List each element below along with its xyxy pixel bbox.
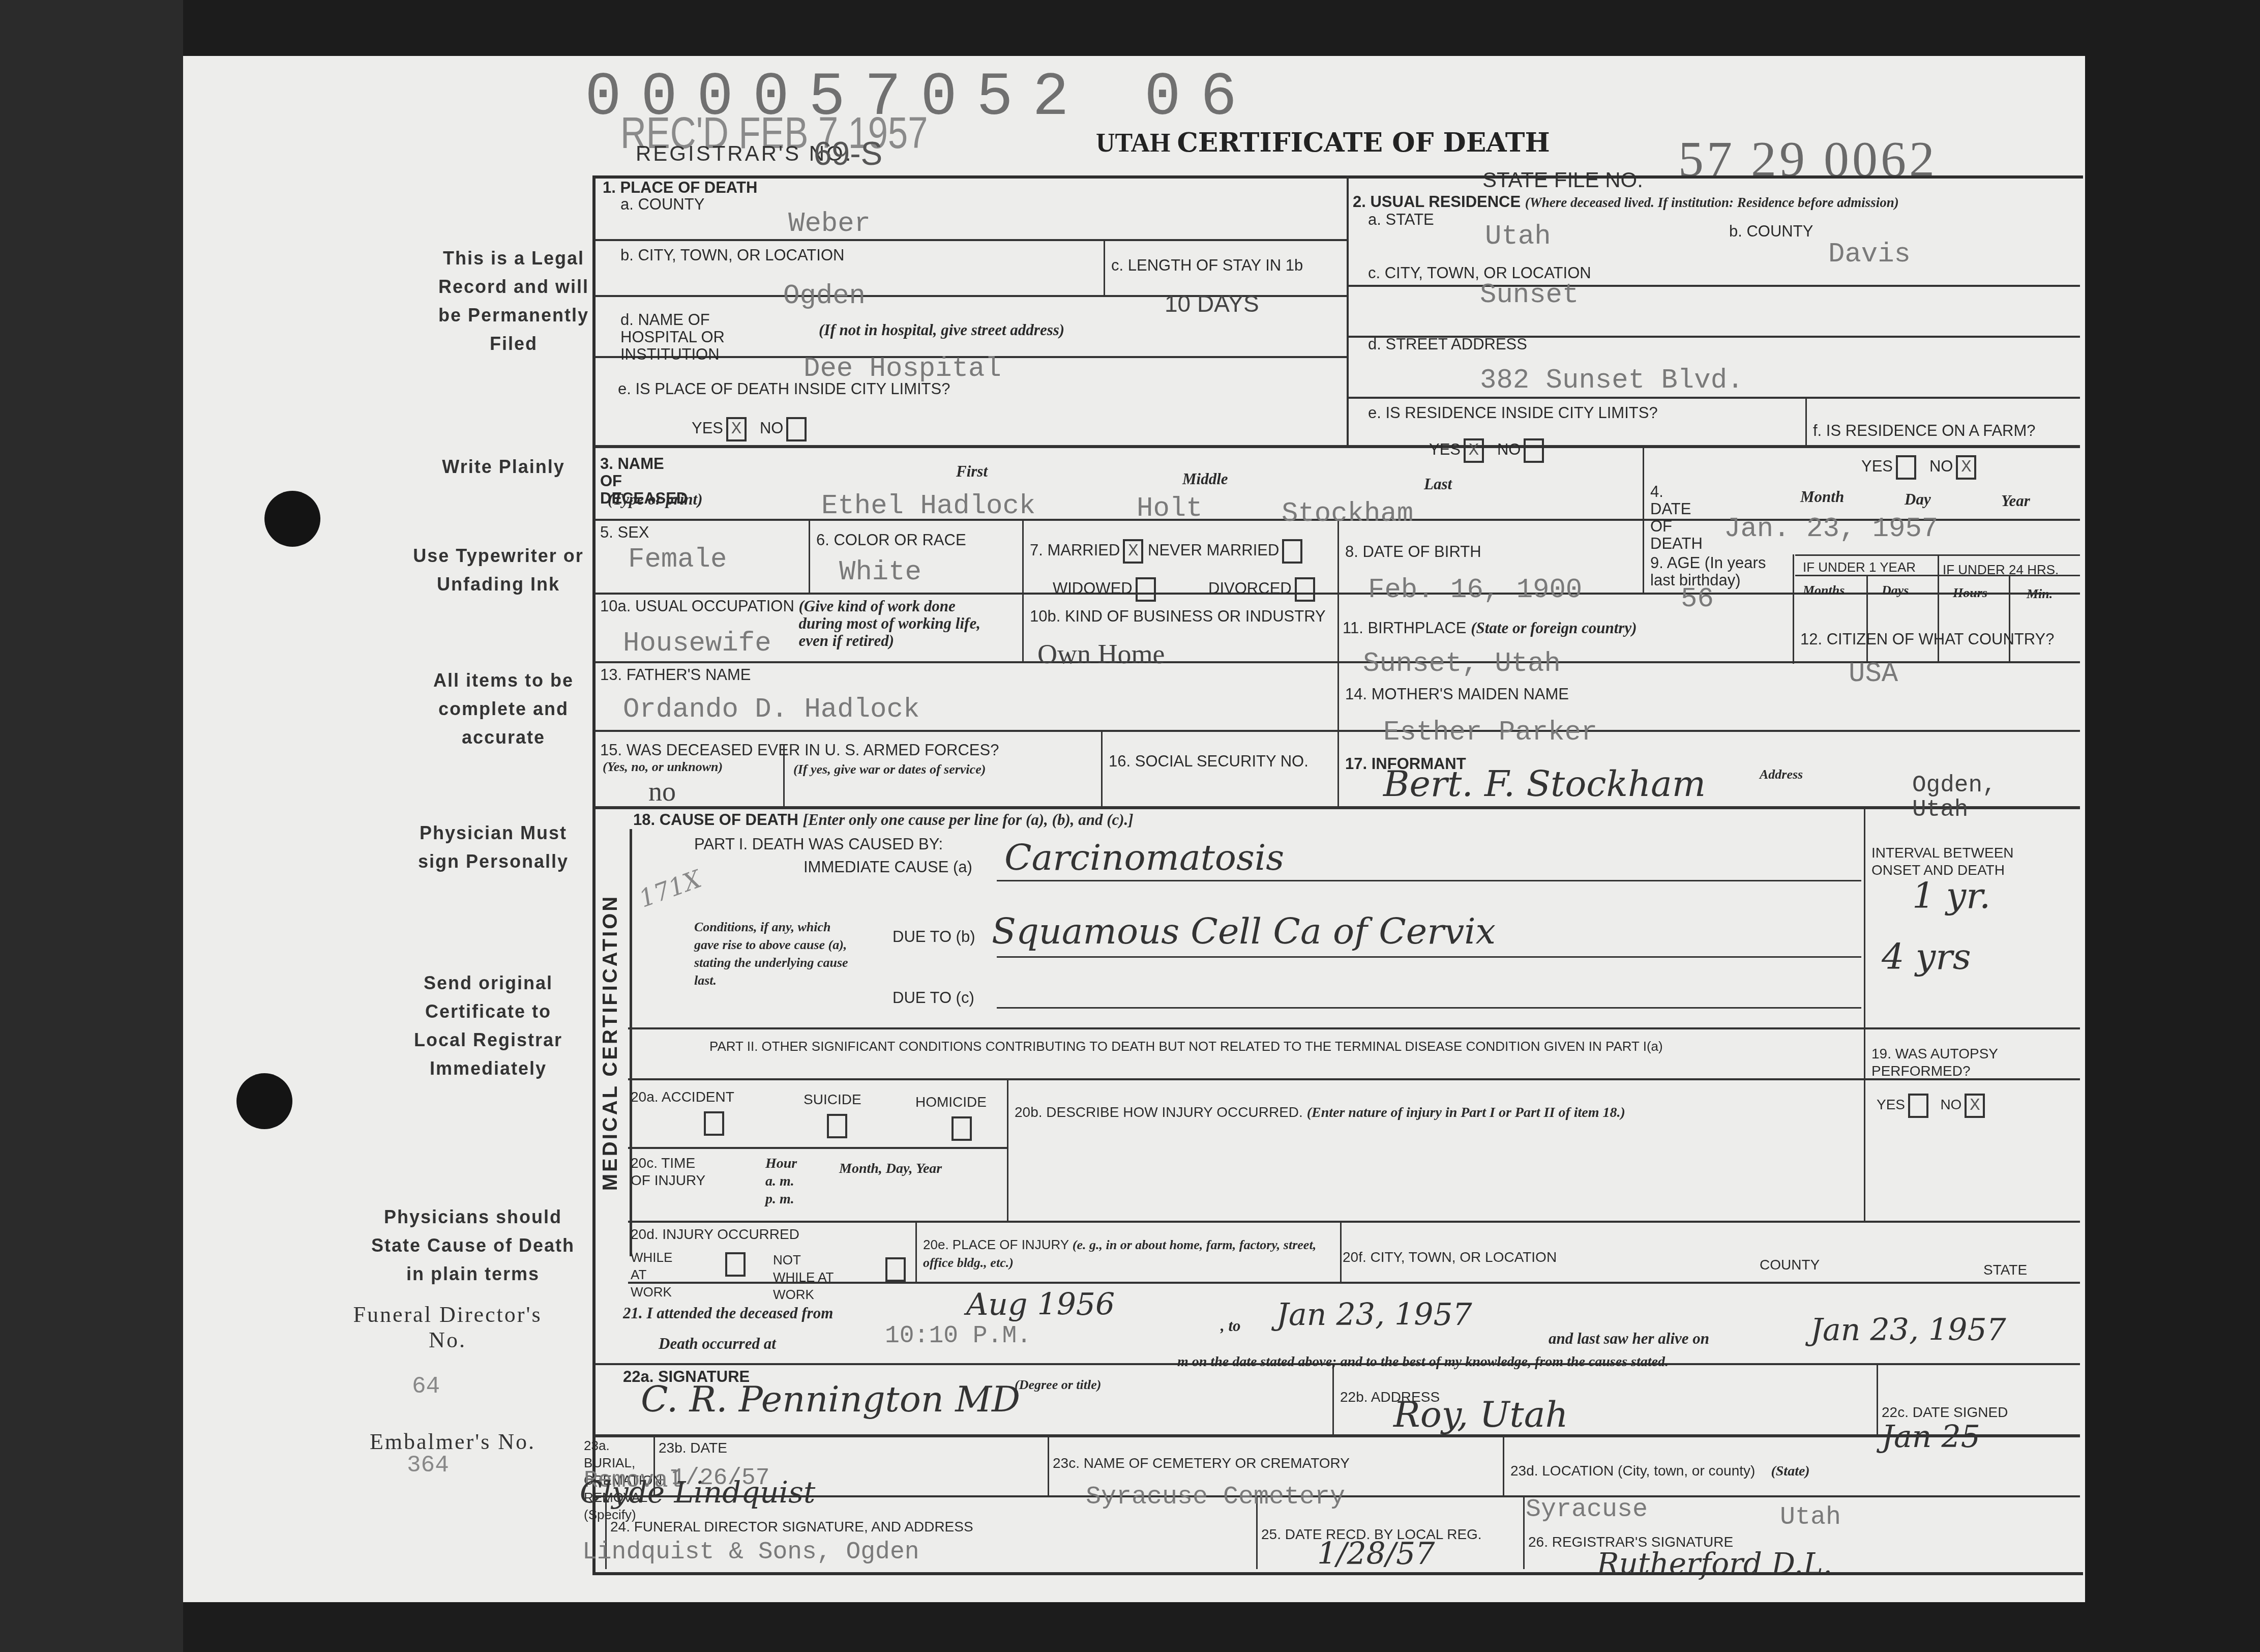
marital-married: 7. MARRIEDX NEVER MARRIED [1030,539,1302,564]
date-recd-field[interactable]: 1/28/57 [1317,1536,1435,1572]
injury-occurred-label: 20d. INJURY OCCURRED [631,1226,799,1243]
while-work-checkbox[interactable] [725,1252,746,1277]
dod-label: 4. DATE OF DEATH [1650,483,1706,552]
age-field[interactable]: 56 [1681,584,1714,615]
rule [1347,175,1349,445]
immediate-cause-label: IMMEDIATE CAUSE (a) [804,859,972,876]
rule [997,880,1861,881]
age-label: 9. AGE (In years last birthday) [1650,554,1793,589]
rule [1643,445,1644,519]
sidebar-note: Use Typewriter or Unfading Ink [402,542,595,599]
rule [2009,575,2010,661]
cause-label: 18. CAUSE OF DEATH [Enter only one cause… [633,811,1134,829]
burial-date-label: 23b. DATE [659,1439,727,1457]
rule [1332,1363,1334,1434]
immediate-cause-field[interactable]: Carcinomatosis [1004,837,1284,878]
interval-b-field[interactable]: 4 yrs [1882,936,1971,978]
rule [1864,809,1865,1221]
not-while-work-checkbox[interactable] [885,1257,906,1282]
to-label: , to [1221,1317,1241,1335]
no-label: NO [1940,1097,1961,1112]
punch-hole [236,1073,292,1129]
date-signed-label: 22c. DATE SIGNED [1882,1404,2008,1421]
rule [1048,1434,1049,1495]
residence-label: 2. USUAL RESIDENCE (Where deceased lived… [1353,193,1899,211]
residence-city-field[interactable]: Sunset [1480,280,1579,311]
location-label: 23d. LOCATION (City, town, or county) (S… [1510,1462,1810,1480]
stay-label: c. LENGTH OF STAY IN 1b [1111,257,1303,274]
married-checkbox[interactable]: X [1123,539,1143,564]
day-label: Day [1905,491,1931,508]
accident-label: 20a. ACCIDENT [631,1088,734,1106]
armed-field[interactable]: no [648,776,676,807]
place-injury-label: 20e. PLACE OF INJURY (e. g., in or about… [923,1236,1330,1272]
hour-label: Hour [765,1155,797,1172]
armed-note-1: (Yes, no, or unknown) [603,758,723,776]
death-city-field[interactable]: Ogden [783,281,866,312]
statement-text: m on the date stated above; and to the b… [1177,1353,1669,1371]
sidebar-note: Physician Must sign Personally [417,819,570,876]
rule [595,239,1348,241]
birthplace-label: 11. BIRTHPLACE (State or foreign country… [1343,619,1637,637]
funeral-director-label: Funeral Director's No. [346,1302,549,1353]
citizen-field[interactable]: USA [1849,659,1898,690]
stay-field[interactable]: 10 DAYS [1165,290,1259,317]
funeral-director-no: 64 [412,1373,440,1400]
funeral-director-signature[interactable]: Clyde Lindquist [580,1475,815,1510]
scan-background [0,0,183,1652]
physician-signature[interactable]: C. R. Pennington MD [641,1378,1020,1420]
autopsy-no-checkbox[interactable]: X [1965,1094,1985,1118]
first-name-field[interactable]: Ethel Hadlock [821,491,1035,522]
cemetery-label: 23c. NAME OF CEMETERY OR CREMATORY [1053,1455,1350,1472]
yes-checkbox[interactable]: X [1464,438,1484,463]
rule [1805,397,1807,445]
farm-label: f. IS RESIDENCE ON A FARM? [1813,422,2036,439]
rule [628,1282,2080,1284]
hospital-note: (If not in hospital, give street address… [819,321,1064,339]
physician-address-field[interactable]: Roy, Utah [1393,1394,1568,1435]
embalmer-no: 364 [407,1452,449,1479]
months-label: Months [1803,581,1845,599]
hours-label: Hours [1953,584,1987,602]
pm-label: p. m. [765,1190,794,1208]
accident-checkbox[interactable] [704,1111,724,1136]
no-checkbox[interactable] [786,417,807,441]
race-label: 6. COLOR OR RACE [816,532,966,549]
yes-label: YES [1877,1097,1905,1112]
not-while-work-label: NOT WHILE AT WORK [773,1251,834,1303]
widowed-checkbox[interactable] [1136,577,1156,602]
no-label: NO [1929,457,1953,475]
attended-to-field[interactable]: Jan 23, 1957 [1276,1297,1472,1333]
while-work-label: WHILE AT WORK [631,1249,681,1301]
homicide-label: HOMICIDE [915,1094,987,1111]
business-label: 10b. KIND OF BUSINESS OR INDUSTRY [1030,608,1326,625]
armed-note-2: (If yes, give war or dates of service) [793,760,986,778]
interval-label: INTERVAL BETWEEN ONSET AND DEATH [1871,844,2055,879]
armed-label: 15. WAS DECEASED EVER IN U. S. ARMED FOR… [600,742,999,759]
inside-limits-label: e. IS PLACE OF DEATH INSIDE CITY LIMITS? [618,380,950,398]
county-label: b. COUNTY [1729,223,1813,240]
location-city-field[interactable]: Syracuse [1526,1495,1648,1524]
part1-label: PART I. DEATH WAS CAUSED BY: [694,836,943,853]
res-inside-limits-label: e. IS RESIDENCE INSIDE CITY LIMITS? [1368,404,1658,422]
birthplace-field[interactable]: Sunset, Utah [1363,648,1561,680]
rule [997,956,1861,958]
rule [1337,519,1339,806]
rule [1643,519,1644,593]
rule [1503,1434,1504,1495]
rule [1022,519,1024,661]
location-state-field[interactable]: Utah [1780,1503,1841,1532]
res-city-label: c. CITY, TOWN, OR LOCATION [1368,264,1591,282]
rule [628,1221,2080,1223]
rule [915,1221,917,1282]
embalmer-label: Embalmer's No. [351,1429,554,1455]
informant-signature[interactable]: Bert. F. Stockham [1383,763,1706,805]
rule [628,1147,1007,1149]
injury-state-label: STATE [1983,1261,2027,1279]
rule [809,519,810,593]
days-label: Days [1882,581,1909,599]
yes-label: YES [1429,440,1461,458]
due-b-label: DUE TO (b) [893,928,975,946]
street-label: d. STREET ADDRESS [1368,336,1527,353]
autopsy-yes-checkbox[interactable] [1908,1094,1928,1118]
last-label: Last [1424,476,1452,493]
yes-checkbox[interactable]: X [726,417,747,441]
citizen-label: 12. CITIZEN OF WHAT COUNTRY? [1800,631,2055,648]
rule [1101,730,1103,806]
rule [1866,575,1868,661]
rule [1793,554,1794,664]
farm-checkboxes: YES NOX [1861,455,1976,480]
month-label: Month [1800,488,1844,506]
mother-label: 14. MOTHER'S MAIDEN NAME [1345,686,1569,703]
rule [628,1078,2080,1080]
sex-label: 5. SEX [600,524,649,541]
suicide-checkbox[interactable] [827,1114,847,1138]
death-at-label: Death occurred at [659,1335,776,1352]
informant-address-field[interactable]: Ogden, Utah [1912,773,2039,822]
last-name-field[interactable]: Stockham [1282,498,1413,529]
first-label: First [956,463,988,480]
inside-limits-checkboxes: YESX NO [692,417,807,441]
degree-label: (Degree or title) [1015,1376,1101,1394]
farm-no-checkbox[interactable]: X [1956,455,1976,480]
rule [1877,1363,1878,1434]
no-label: NO [760,419,784,437]
attended-label: 21. I attended the deceased from [623,1305,833,1322]
funeral-director-label: 24. FUNERAL DIRECTOR SIGNATURE, AND ADDR… [610,1518,973,1536]
rule [1104,239,1105,295]
state-label: a. STATE [1368,211,1434,228]
yes-label: YES [692,419,723,437]
rule [1340,1221,1342,1282]
last-saw-label: and last saw her alive on [1549,1330,1709,1347]
sidebar-note: This is a Legal Record and will be Perma… [427,244,600,358]
autopsy-label: 19. WAS AUTOPSY PERFORMED? [1871,1045,2044,1080]
suicide-label: SUICIDE [804,1091,861,1108]
no-label: NO [1497,440,1521,458]
street-field[interactable]: 382 Sunset Blvd. [1480,365,1743,396]
sidebar-note: All items to be complete and accurate [417,666,590,752]
no-checkbox[interactable] [1524,438,1544,463]
farm-yes-checkbox[interactable] [1896,455,1916,480]
date-signed-field[interactable]: Jan 25 [1882,1419,1980,1455]
title-prefix: UTAH [1096,129,1170,158]
mother-field[interactable]: Esther Parker [1383,717,1597,748]
business-field[interactable]: Own Home [1037,638,1165,670]
county-label: a. COUNTY [620,196,704,213]
due-c-label: DUE TO (c) [893,989,974,1007]
hospital-label: d. NAME OF HOSPITAL OR INSTITUTION [620,311,742,363]
mdy-label: Month, Day, Year [839,1160,942,1177]
marital-widowed: WIDOWED DIVORCED [1053,577,1315,602]
am-label: a. m. [765,1172,794,1190]
sidebar-note: Write Plainly [417,453,590,481]
title-main: CERTIFICATE OF DEATH [1177,127,1550,158]
homicide-checkbox[interactable] [951,1116,972,1141]
rule [1348,397,2080,399]
father-field[interactable]: Ordando D. Hadlock [623,694,919,725]
rule [997,1007,1861,1009]
res-inside-limits-checkboxes: YESX NO [1429,438,1544,463]
residence-county-field[interactable]: Davis [1828,239,1911,270]
city-label: b. CITY, TOWN, OR LOCATION [620,247,844,264]
year-label: Year [2001,492,2030,510]
time-injury-label: 20c. TIME OF INJURY [631,1155,712,1189]
registrar-no: 69-S [814,135,882,172]
interval-a-field[interactable]: 1 yr. [1912,875,1990,917]
occupation-field[interactable]: Housewife [623,628,771,659]
never-married-checkbox[interactable] [1282,539,1302,564]
race-field[interactable]: White [839,557,921,588]
address-label: Address [1760,765,1803,783]
funeral-address-field[interactable]: Lindquist & Sons, Ogden [582,1539,919,1566]
conditions-note: Conditions, if any, which gave rise to a… [694,918,849,989]
father-label: 13. FATHER'S NAME [600,666,751,684]
rule [1348,285,2080,287]
middle-name-field[interactable]: Holt [1137,493,1203,524]
medical-certification-band: MEDICAL CERTIFICATION [599,829,632,1256]
death-county-field[interactable]: Weber [788,209,871,240]
sidebar-note: Send original Certificate to Local Regis… [407,969,570,1083]
min-label: Min. [2027,585,2053,603]
rule [595,1434,2080,1437]
injury-county-label: COUNTY [1760,1256,1820,1274]
under-24-hrs-label: IF UNDER 24 HRS. [1943,561,2059,578]
rule [1523,1495,1525,1569]
date-of-death-field[interactable]: Jan. 23, 1957 [1724,514,1938,545]
sex-field[interactable]: Female [628,544,727,575]
sidebar-note: Physicians should State Cause of Death i… [366,1203,580,1288]
death-time-field[interactable]: 10:10 P.M. [885,1322,1031,1350]
rule [1007,1078,1008,1221]
punch-hole [264,491,320,547]
cemetery-field[interactable]: Syracuse Cemetery [1086,1483,1345,1512]
middle-label: Middle [1182,470,1228,488]
part2-label: PART II. OTHER SIGNIFICANT CONDITIONS CO… [709,1038,1663,1055]
due-b-field[interactable]: Squamous Cell Ca of Cervix [992,910,1496,952]
describe-label: 20b. DESCRIBE HOW INJURY OCCURRED. (Ente… [1015,1104,1625,1122]
rule [628,1027,2080,1029]
yes-label: YES [1861,457,1893,475]
name-note: (Type or print) [608,491,703,508]
ssn-label: 16. SOCIAL SECURITY NO. [1109,753,1309,770]
autopsy-checkboxes: YES NOX [1877,1094,1985,1118]
registrar-signature[interactable]: Rutherford D.L. [1597,1546,1832,1581]
dob-field[interactable]: Feb. 16, 1900 [1368,575,1582,606]
under-1-year-label: IF UNDER 1 YEAR [1803,558,1916,576]
page-title: UTAH CERTIFICATE OF DEATH [1096,127,1550,158]
divorced-checkbox[interactable] [1295,577,1315,602]
injury-city-label: 20f. CITY, TOWN, OR LOCATION [1343,1249,1557,1266]
residence-state-field[interactable]: Utah [1485,221,1551,252]
attended-from-field[interactable]: Aug 1956 [966,1287,1115,1322]
last-saw-field[interactable]: Jan 23, 1957 [1810,1312,2006,1348]
dob-label: 8. DATE OF BIRTH [1345,543,1481,560]
place-of-death-label: 1. PLACE OF DEATH [603,179,757,196]
rule [595,445,2080,448]
medical-certification-label: MEDICAL CERTIFICATION [599,829,622,1256]
rule [595,806,2080,809]
